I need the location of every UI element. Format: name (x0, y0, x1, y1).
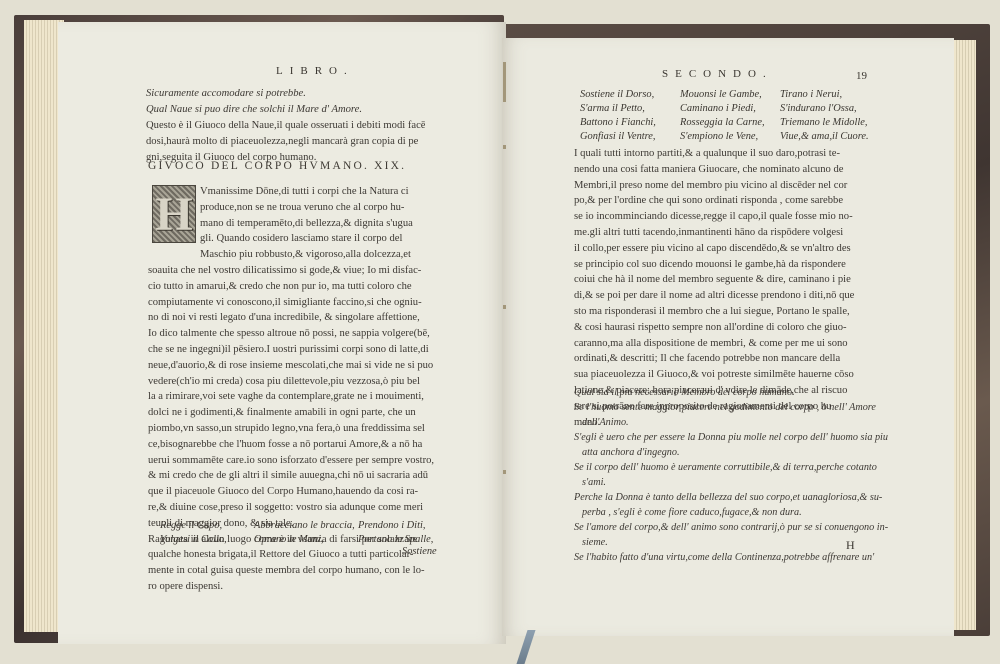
text-line: no di noi vi resti legato d'una incredib… (148, 310, 490, 326)
text-line: gli. Quando cosidero lasciamo stare il c… (200, 231, 490, 247)
text-line: Io dico talmente che spesso altroue nō p… (148, 326, 490, 342)
question-line: atta anchora d'ingegno. (574, 445, 894, 460)
initial-letter: H (155, 187, 192, 242)
question-line: S'egli è uero che per essere la Donna pi… (574, 430, 894, 445)
text-line: di,& se poi per dare il nome ad altri di… (574, 288, 894, 304)
text-line: Maschio piu robbusto,& vigoroso,alla dol… (200, 247, 490, 263)
catchword: Sostiene (402, 546, 437, 557)
binding-stitch (503, 145, 506, 149)
member-cell: S'arma il Petto, (580, 102, 680, 116)
text-line: po,& per l'ordine che qui sono ordinati … (574, 193, 894, 209)
text-line: se io incomminciando dicesse,regge il ca… (574, 209, 894, 225)
text-line: me.gli altri tutti tacendo,inmantinenti … (574, 225, 894, 241)
text-line: re,& diuine cose,preso il soggetto: vost… (148, 500, 490, 516)
text-line: Vmanissime Dōne,di tutti i corpi che la … (200, 184, 490, 200)
intro-line: Qual Naue si puo dire che solchi il Mare… (146, 102, 362, 118)
text-line: coiui che hà il nome del membro seguente… (574, 272, 894, 288)
text-line: soauita che nel vostro dilicatissimo si … (148, 263, 490, 279)
member-cell: Battono i Fianchi, (580, 116, 680, 130)
text-line: se principio col suo dicendo mouonsi le … (574, 257, 894, 273)
decorated-initial: H (152, 185, 196, 243)
text-line: piombo,vn sasso,un strupido legno,vna fe… (148, 421, 490, 437)
text-line: ordinati,& descritti; Il che facendo pot… (574, 351, 894, 367)
binding-stitch (503, 305, 506, 309)
question-line: Perche la Donna è tanto della bellezza d… (574, 490, 894, 505)
text-line: Questo è il Giuoco della Naue,il quale o… (146, 118, 425, 134)
member-cell: Rosseggia la Carne, (680, 116, 780, 130)
signature-mark: H (846, 538, 855, 553)
member-cell: S'indurano l'Ossa, (780, 102, 900, 116)
question-line: Se l'amore del corpo,& dell' animo sono … (574, 520, 894, 535)
member-cell: Sostiene il Dorso, (580, 88, 680, 102)
text-line: neue,d'auorio,& di rose insieme mescolat… (148, 358, 490, 374)
intro-line: Sicuramente accomodare si potrebbe. (146, 86, 362, 102)
text-line: ce,bisognarebbe che l'huom fosse a nō po… (148, 437, 490, 453)
members-table-left: Regge il Capo, Abbracciano le braccia, P… (160, 519, 458, 547)
text-line: sto ma risponderasi il membro che a lui … (574, 304, 894, 320)
question-line: dell'Animo. (574, 415, 894, 430)
running-head-right: SECONDO. (662, 68, 773, 80)
member-cell: Prendono i Diti, (358, 519, 458, 533)
binding-stitch (503, 62, 506, 102)
body-indented: Vmanissime Dōne,di tutti i corpi che la … (200, 184, 490, 263)
member-cell: Regge il Capo, (160, 519, 254, 533)
member-cell: Abbracciano le braccia, (254, 519, 358, 533)
text-line: compiutamente vi conoscono,il simigliant… (148, 295, 490, 311)
text-line: vedere(ch'io mi creda) cosa piu dilettev… (148, 374, 490, 390)
text-line: mano di temperamēto,di bellezza,& dignit… (200, 216, 490, 232)
text-line: caranno,ma alla dispositione de membri, … (574, 336, 894, 352)
text-line: la a rimirare,voi sete vaghe da contempl… (148, 389, 490, 405)
question-line: Se l'huomo sente maggior piacere nel god… (574, 400, 894, 415)
binding-stitch (503, 470, 506, 474)
text-line: ro opere dispensi. (148, 579, 490, 595)
text-line: & mi credo che de gli altri il simile au… (148, 468, 490, 484)
text-line: qualche honesta brigata,il Rettore del G… (148, 547, 490, 563)
text-line: dolci ne i godimenti,& finalmente amabil… (148, 405, 490, 421)
text-line: I quali tutti intorno partiti,& a qualun… (574, 146, 894, 162)
text-line: Membri,il preso nome del membro piu vici… (574, 178, 894, 194)
question-line: perba , s'egli è come fiore caduco,fugac… (574, 505, 894, 520)
book-photo: LIBRO. Sicuramente accomodare si potrebb… (0, 0, 1000, 664)
member-cell: Oprano le Mani, (254, 533, 358, 547)
member-cell: Triemano le Midolle, (780, 116, 900, 130)
text-line: cio tutto in amarui,& credo che non pur … (148, 279, 490, 295)
text-line: produce,non se ne troua veruno che al co… (200, 200, 490, 216)
question-line: Se il corpo dell' huomo è ueramente corr… (574, 460, 894, 475)
text-line: il collo,per essere piu vicino al capo d… (574, 241, 894, 257)
intro-paragraph: Questo è il Giuoco della Naue,il quale o… (146, 118, 425, 165)
intro-lines: Sicuramente accomodare si potrebbe. Qual… (146, 86, 362, 118)
text-line: nendo una cosi fatta maniera Giuocare, c… (574, 162, 894, 178)
member-cell: Portano le Spalle, (358, 533, 458, 547)
question-line: Qual sia il piu necessario Membro del co… (574, 385, 894, 400)
text-line: & cosi haurasi rispetto sempre non all'o… (574, 320, 894, 336)
member-cell: Tirano i Nerui, (780, 88, 900, 102)
text-line: mente in cotal guisa queste membra del c… (148, 563, 490, 579)
member-cell: Mouonsi le Gambe, (680, 88, 780, 102)
page-number: 19 (856, 70, 867, 82)
member-cell: Gonfiasi il Ventre, (580, 130, 680, 144)
question-line: s'ami. (574, 475, 894, 490)
text-line: che se ne ingegni)il pēsiero.I uostri pu… (148, 342, 490, 358)
chapter-title: GIVOCO DEL CORPO HVMANO. XIX. (148, 160, 406, 172)
member-cell: Volgesi il Collo, (160, 533, 254, 547)
text-line: sua piaceuolezza il Giuoco,& voi potrest… (574, 367, 894, 383)
members-table-right: Sostiene il Dorso, Mouonsi le Gambe, Tir… (580, 88, 900, 144)
member-cell: S'empiono le Vene, (680, 130, 780, 144)
text-line: dosi,haurà molto di piaceuolezza,negli m… (146, 134, 425, 150)
running-head-left: LIBRO. (276, 65, 354, 77)
text-line: uerui sommamēte care.io sono isforzato d… (148, 453, 490, 469)
text-line: que il piaceuole Giuoco del Corpo Humano… (148, 484, 490, 500)
member-cell: Caminano i Piedi, (680, 102, 780, 116)
member-cell: Viue,& ama,il Cuore. (780, 130, 900, 144)
